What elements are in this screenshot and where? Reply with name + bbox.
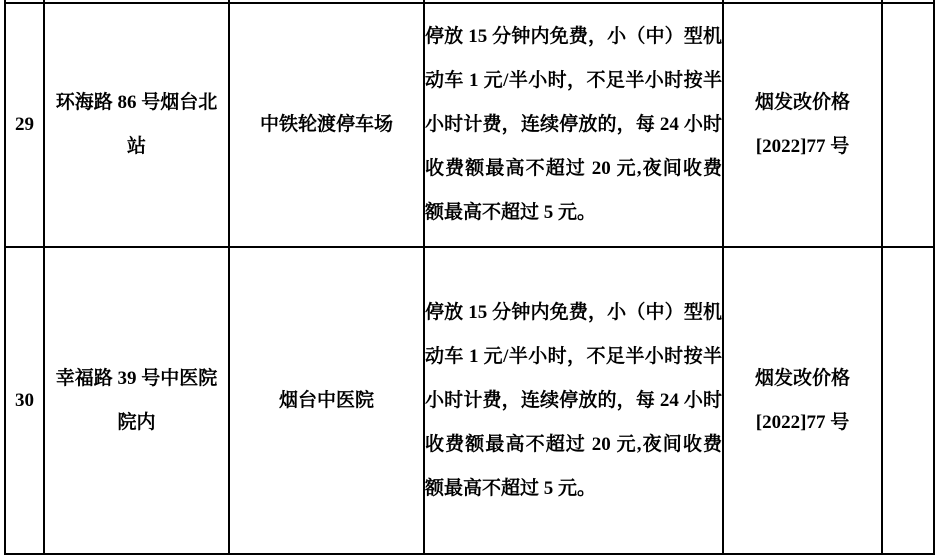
fee-line: 收费额最高不超过 20 元,夜间收费 (425, 423, 722, 467)
location-line: 站 (45, 125, 228, 169)
fee-line: 小时计费，连续停放的，每 24 小时 (425, 379, 722, 423)
approval-doc-line: 烟发改价格 (724, 357, 881, 401)
approval-doc-line: [2022]77 号 (724, 125, 881, 169)
fee-line: 停放 15 分钟内免费，小（中）型机 (425, 15, 722, 59)
fee-line: 停放 15 分钟内免费，小（中）型机 (425, 291, 722, 335)
cell-location: 幸福路 39 号中医院 院内 (44, 247, 229, 554)
cell-lot-name: 烟台中医院 (229, 247, 424, 554)
lot-name: 中铁轮渡停车场 (230, 103, 423, 147)
cell-approval-doc: 烟发改价格 [2022]77 号 (723, 247, 882, 554)
location-line: 幸福路 39 号中医院 (45, 357, 228, 401)
parking-fee-table: 29 环海路 86 号烟台北 站 中铁轮渡停车场 停放 15 分钟内免费，小（中… (4, 0, 935, 555)
cell-row-number: 29 (5, 3, 44, 247)
table-row: 29 环海路 86 号烟台北 站 中铁轮渡停车场 停放 15 分钟内免费，小（中… (5, 3, 934, 247)
approval-doc-line: [2022]77 号 (724, 401, 881, 445)
fee-line: 收费额最高不超过 20 元,夜间收费 (425, 147, 722, 191)
location-line: 环海路 86 号烟台北 (45, 81, 228, 125)
document-page: 29 环海路 86 号烟台北 站 中铁轮渡停车场 停放 15 分钟内免费，小（中… (0, 0, 938, 559)
fee-line: 动车 1 元/半小时，不足半小时按半 (425, 335, 722, 379)
cell-fee-standard: 停放 15 分钟内免费，小（中）型机 动车 1 元/半小时，不足半小时按半 小时… (424, 3, 723, 247)
fee-line: 小时计费，连续停放的，每 24 小时 (425, 103, 722, 147)
cell-lot-name: 中铁轮渡停车场 (229, 3, 424, 247)
approval-doc-line: 烟发改价格 (724, 81, 881, 125)
table-row: 30 幸福路 39 号中医院 院内 烟台中医院 停放 15 分钟内免费，小（中）… (5, 247, 934, 554)
cell-notes (882, 247, 934, 554)
cell-row-number: 30 (5, 247, 44, 554)
row-number: 30 (6, 379, 43, 423)
fee-line: 额最高不超过 5 元。 (425, 467, 722, 511)
cell-fee-standard: 停放 15 分钟内免费，小（中）型机 动车 1 元/半小时，不足半小时按半 小时… (424, 247, 723, 554)
cell-notes (882, 3, 934, 247)
cell-location: 环海路 86 号烟台北 站 (44, 3, 229, 247)
lot-name: 烟台中医院 (230, 379, 423, 423)
location-line: 院内 (45, 401, 228, 445)
row-number: 29 (6, 103, 43, 147)
cell-approval-doc: 烟发改价格 [2022]77 号 (723, 3, 882, 247)
fee-line: 动车 1 元/半小时，不足半小时按半 (425, 59, 722, 103)
fee-line: 额最高不超过 5 元。 (425, 191, 722, 235)
